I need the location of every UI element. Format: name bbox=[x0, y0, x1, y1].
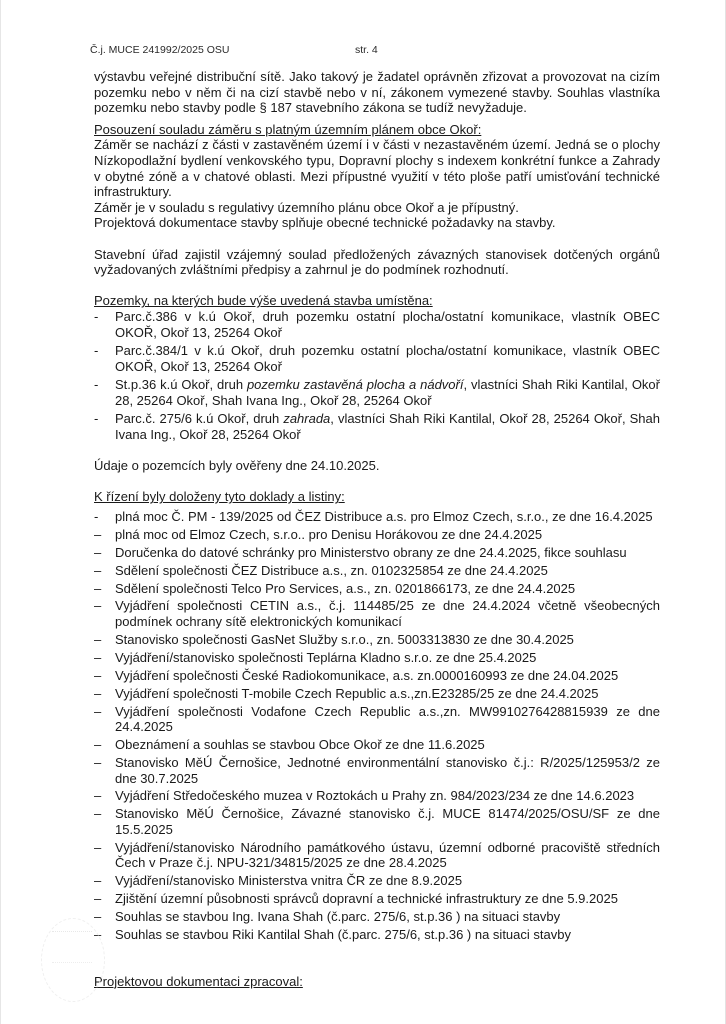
document-text: Doručenka do datové schránky pro Ministe… bbox=[115, 545, 627, 560]
document-text: Vyjádření společnosti České Radiokomunik… bbox=[115, 668, 618, 683]
documents-list: -plná moc Č. PM - 139/2025 od ČEZ Distri… bbox=[94, 509, 660, 942]
embossed-stamp bbox=[41, 918, 105, 1002]
list-marker: – bbox=[94, 755, 108, 771]
parcels-heading: Pozemky, na kterých bude výše uvedená st… bbox=[94, 293, 660, 309]
document-text: Vyjádření společnosti CETIN a.s., č.j. 1… bbox=[115, 598, 660, 629]
document-item: –Vyjádření Středočeského muzea v Roztoká… bbox=[94, 788, 660, 804]
document-item: –Sdělení společnosti ČEZ Distribuce a.s.… bbox=[94, 563, 660, 579]
intro-paragraph: výstavbu veřejné distribuční sítě. Jako … bbox=[94, 69, 660, 116]
document-text: Vyjádření Středočeského muzea v Roztokác… bbox=[115, 788, 634, 803]
parcel-type: zahrada bbox=[283, 411, 330, 426]
document-item: –Doručenka do datové schránky pro Minist… bbox=[94, 545, 660, 561]
list-marker: – bbox=[94, 527, 108, 543]
document-text: Souhlas se stavbou Riki Kantilal Shah (č… bbox=[115, 927, 571, 942]
document-body: výstavbu veřejné distribuční sítě. Jako … bbox=[94, 69, 660, 989]
list-marker: - bbox=[94, 377, 108, 393]
document-text: Vyjádření/stanovisko Národního památkové… bbox=[115, 840, 660, 871]
document-item: –Souhlas se stavbou Ing. Ivana Shah (č.p… bbox=[94, 909, 660, 925]
document-item: -plná moc Č. PM - 139/2025 od ČEZ Distri… bbox=[94, 509, 660, 525]
list-marker: – bbox=[94, 737, 108, 753]
list-marker: – bbox=[94, 563, 108, 579]
document-item: –Vyjádření společnosti České Radiokomuni… bbox=[94, 668, 660, 684]
list-marker: – bbox=[94, 650, 108, 666]
document-item: –Vyjádření/stanovisko společnosti Teplár… bbox=[94, 650, 660, 666]
list-marker: – bbox=[94, 704, 108, 720]
list-marker: – bbox=[94, 632, 108, 648]
document-text: Obeznámení a souhlas se stavbou Obce Oko… bbox=[115, 737, 485, 752]
list-marker: – bbox=[94, 873, 108, 889]
project-heading: Projektovou dokumentaci zpracoval: bbox=[94, 974, 660, 990]
document-item: –Vyjádření/stanovisko Ministerstva vnitr… bbox=[94, 873, 660, 889]
page-header: Č.j. MUCE 241992/2025 OSU str. 4 bbox=[90, 44, 229, 56]
document-item: –Vyjádření/stanovisko Národního památkov… bbox=[94, 840, 660, 871]
list-marker: – bbox=[94, 909, 108, 925]
list-marker: – bbox=[94, 840, 108, 856]
list-marker: - bbox=[94, 309, 108, 325]
document-item: –Stanovisko MěÚ Černošice, Jednotné envi… bbox=[94, 755, 660, 786]
list-marker: - bbox=[94, 509, 108, 525]
list-marker: – bbox=[94, 545, 108, 561]
zoning-heading: Posouzení souladu záměru s platným územn… bbox=[94, 122, 660, 138]
document-item: –Vyjádření společnosti CETIN a.s., č.j. … bbox=[94, 598, 660, 629]
document-text: Sdělení společnosti Telco Pro Services, … bbox=[115, 581, 575, 596]
list-marker: – bbox=[94, 581, 108, 597]
parcel-item: -Parc.č.384/1 v k.ú Okoř, druh pozemku o… bbox=[94, 343, 660, 374]
parcel-item: -Parc.č.386 v k.ú Okoř, druh pozemku ost… bbox=[94, 309, 660, 340]
document-item: –Stanovisko MěÚ Černošice, Závazné stano… bbox=[94, 806, 660, 837]
document-item: –plná moc od Elmoz Czech, s.r.o.. pro De… bbox=[94, 527, 660, 543]
document-text: Stanovisko MěÚ Černošice, Jednotné envir… bbox=[115, 755, 660, 786]
parcel-item: -St.p.36 k.ú Okoř, druh pozemku zastavěn… bbox=[94, 377, 660, 408]
parcel-item: -Parc.č. 275/6 k.ú Okoř, druh zahrada, v… bbox=[94, 411, 660, 442]
document-text: plná moc od Elmoz Czech, s.r.o.. pro Den… bbox=[115, 527, 542, 542]
zoning-paragraph: Záměr se nachází z části v zastavěném úz… bbox=[94, 137, 660, 199]
document-text: Stanovisko společnosti GasNet Služby s.r… bbox=[115, 632, 574, 647]
documents-heading: K řízení byly doloženy tyto doklady a li… bbox=[94, 489, 660, 505]
list-marker: – bbox=[94, 788, 108, 804]
document-item: –Souhlas se stavbou Riki Kantilal Shah (… bbox=[94, 927, 660, 943]
technical-requirements: Projektová dokumentace stavby splňuje ob… bbox=[94, 215, 660, 231]
page-number: str. 4 bbox=[355, 44, 378, 56]
list-marker: - bbox=[94, 343, 108, 359]
document-text: Stanovisko MěÚ Černošice, Závazné stanov… bbox=[115, 806, 660, 837]
list-marker: – bbox=[94, 668, 108, 684]
document-item: –Sdělení společnosti Telco Pro Services,… bbox=[94, 581, 660, 597]
list-marker: – bbox=[94, 686, 108, 702]
document-item: –Vyjádření společnosti T-mobile Czech Re… bbox=[94, 686, 660, 702]
document-text: Vyjádření/stanovisko Ministerstva vnitra… bbox=[115, 873, 462, 888]
document-text: Vyjádření společnosti T-mobile Czech Rep… bbox=[115, 686, 598, 701]
document-text: Zjištění územní působnosti správců dopra… bbox=[115, 891, 618, 906]
document-item: –Vyjádření společnosti Vodafone Czech Re… bbox=[94, 704, 660, 735]
document-item: –Stanovisko společnosti GasNet Služby s.… bbox=[94, 632, 660, 648]
document-item: –Obeznámení a souhlas se stavbou Obce Ok… bbox=[94, 737, 660, 753]
zoning-compliance: Záměr je v souladu s regulativy územního… bbox=[94, 200, 660, 216]
document-text: plná moc Č. PM - 139/2025 od ČEZ Distrib… bbox=[115, 509, 653, 524]
document-text: Vyjádření/stanovisko společnosti Teplárn… bbox=[115, 650, 536, 665]
document-text: Vyjádření společnosti Vodafone Czech Rep… bbox=[115, 704, 660, 735]
document-item: –Zjištění územní působnosti správců dopr… bbox=[94, 891, 660, 907]
list-marker: – bbox=[94, 806, 108, 822]
parcels-list: -Parc.č.386 v k.ú Okoř, druh pozemku ost… bbox=[94, 309, 660, 443]
list-marker: - bbox=[94, 411, 108, 427]
parcel-type: pozemku zastavěná plocha a nádvoří bbox=[247, 377, 464, 392]
authority-paragraph: Stavební úřad zajistil vzájemný soulad p… bbox=[94, 247, 660, 278]
reference-number: Č.j. MUCE 241992/2025 OSU bbox=[90, 44, 229, 56]
document-text: Souhlas se stavbou Ing. Ivana Shah (č.pa… bbox=[115, 909, 560, 924]
document-page: Č.j. MUCE 241992/2025 OSU str. 4 výstavb… bbox=[0, 0, 726, 1024]
list-marker: – bbox=[94, 598, 108, 614]
document-text: Sdělení společnosti ČEZ Distribuce a.s.,… bbox=[115, 563, 548, 578]
verification-note: Údaje o pozemcích byly ověřeny dne 24.10… bbox=[94, 458, 660, 474]
list-marker: – bbox=[94, 891, 108, 907]
